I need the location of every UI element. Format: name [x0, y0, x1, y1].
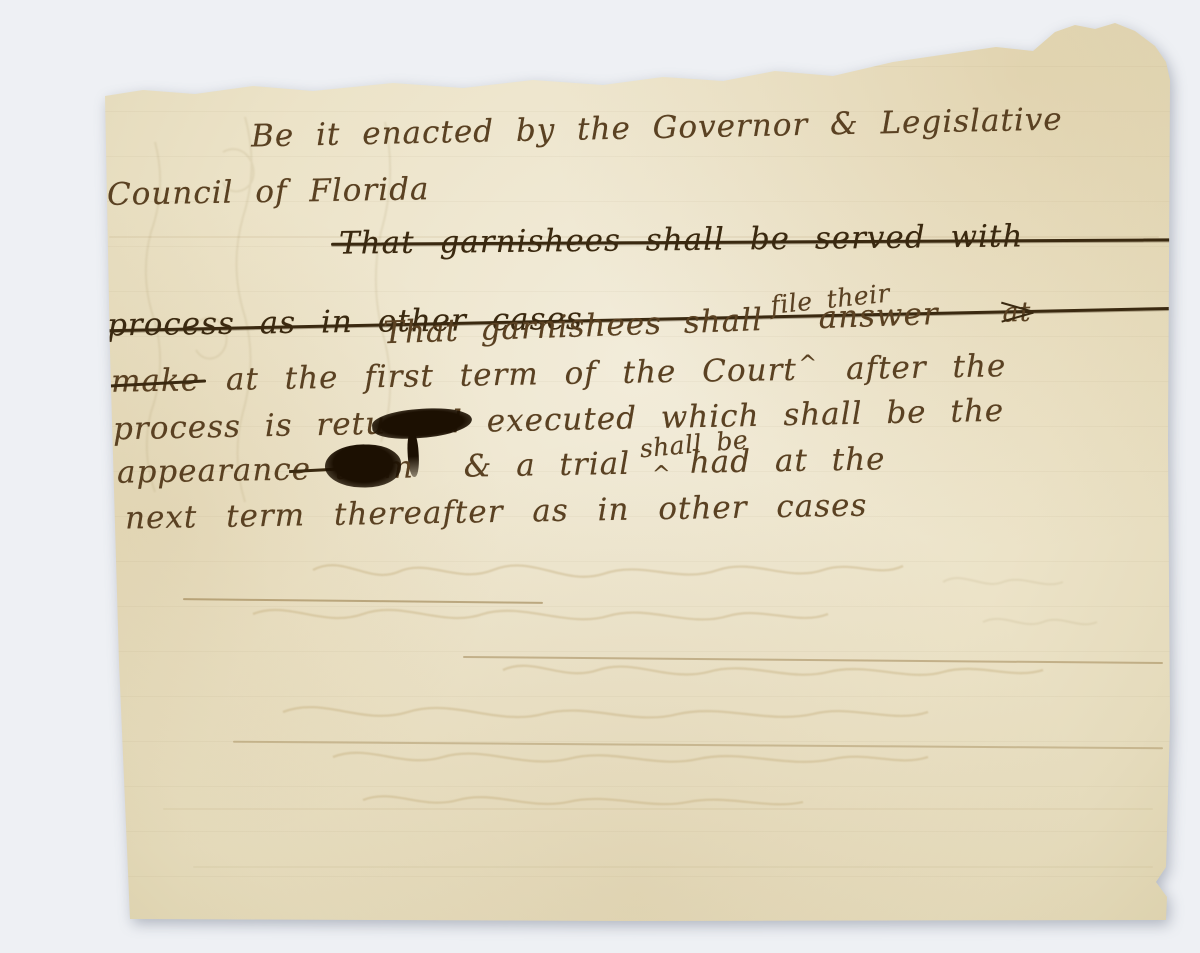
- struck-text: make: [111, 362, 201, 400]
- struck-text: at: [1002, 297, 1032, 329]
- blotted-text: term: [335, 450, 415, 487]
- line-process-executed: process is returned executed which shall…: [113, 393, 1005, 448]
- paper-crease: [163, 808, 1153, 810]
- struck-text: returned: [316, 404, 463, 443]
- caret-mark: ^: [798, 351, 818, 376]
- ink-blot: term: [335, 450, 415, 487]
- handwritten-text: process is: [113, 408, 293, 448]
- line-enacting-clause: Be it enacted by the Governor & Legislat…: [251, 102, 1063, 155]
- caret-mark: ^: [652, 462, 672, 487]
- handwritten-text: at the first term of the Court: [226, 352, 797, 398]
- handwritten-text: & a trial: [463, 446, 630, 485]
- scanner-background: Be it enacted by the Governor & Legislat…: [0, 0, 1200, 953]
- line-appearance-term-trial: appearance term & a trial shall be ^ had…: [117, 441, 886, 490]
- struck-text: That garnishees shall be served with: [339, 218, 1024, 261]
- handwritten-text: Council of Florida: [107, 171, 430, 213]
- handwritten-text: appearance: [117, 451, 312, 490]
- paper-crease: [193, 866, 1153, 868]
- paper-crease: [463, 656, 1163, 664]
- line-struck-garnishees-served: That garnishees shall be served with: [339, 214, 1200, 261]
- paper-crease: [183, 598, 543, 604]
- handwritten-text: Be it enacted by the Governor & Legislat…: [251, 102, 1063, 155]
- handwritten-text: after the: [846, 348, 1007, 387]
- manuscript-page-wrap: Be it enacted by the Governor & Legislat…: [103, 22, 1170, 921]
- line-next-term-thereafter: next term thereafter as in other cases: [125, 488, 868, 537]
- insertion-point: file their: [785, 319, 797, 329]
- ink-blot: returned: [316, 404, 463, 443]
- line-council-of-florida: Council of Florida: [107, 171, 430, 213]
- insertion-point: shall be ^: [654, 463, 666, 473]
- manuscript-page: Be it enacted by the Governor & Legislat…: [103, 22, 1170, 921]
- paper-crease: [233, 741, 1163, 749]
- handwritten-text: next term thereafter as in other cases: [125, 488, 868, 537]
- line-first-term-of-court: make at the first term of the Court^ aft…: [111, 348, 1007, 400]
